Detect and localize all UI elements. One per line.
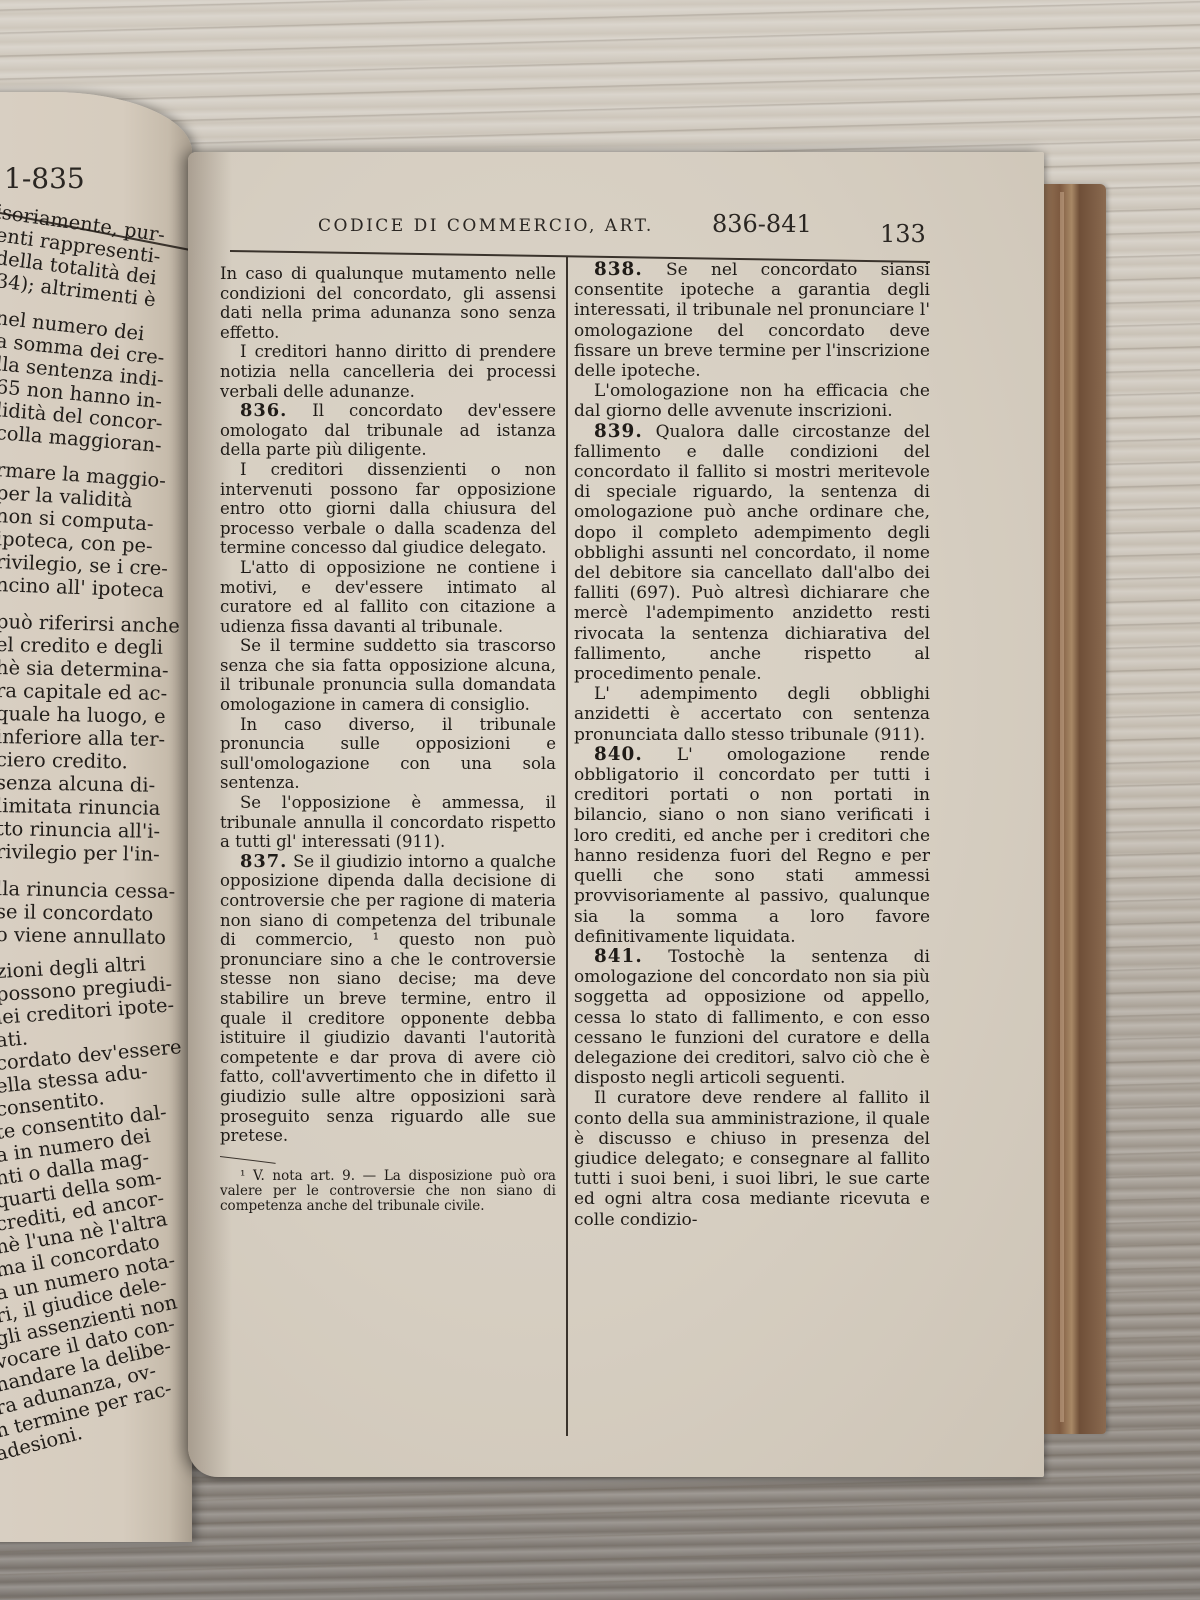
article-paragraph: 841. Tostochè la sentenza di omologazion… <box>574 947 930 1088</box>
article-paragraph: 839. Qualora dalle circostanze del falli… <box>574 422 930 685</box>
left-page: 1-835 isoriamente, pur-enti rappresenti-… <box>0 92 192 1542</box>
paragraph-text: Tostochè la sentenza di omologazione del… <box>574 947 930 1088</box>
header-article-range: 836-841 <box>712 210 812 238</box>
left-page-line: el credito e degli <box>0 633 192 659</box>
left-page-header: 1-835 <box>4 162 85 195</box>
header-title: CODICE DI COMMERCIO, ART. <box>318 216 654 236</box>
paragraph-text: Se l'opposizione è ammessa, il tribunale… <box>220 793 556 851</box>
left-page-line: senza alcuna di- <box>0 771 192 797</box>
left-page-text: isoriamente, pur-enti rappresenti-della … <box>0 200 192 1466</box>
left-page-line: se il concordato <box>0 900 192 926</box>
paragraph: In caso diverso, il tribunale pronuncia … <box>220 715 556 793</box>
article-number: 836. <box>240 400 287 421</box>
paragraph-text: L' adempimento degli obblighi anzidetti … <box>574 684 930 744</box>
article-number: 839. <box>594 421 643 442</box>
paragraph-text: L'atto di opposizione ne contiene i moti… <box>220 558 556 636</box>
paragraph-text: L'omologazione non ha efficacia che dal … <box>574 381 930 421</box>
paragraph: I creditori dissenzienti o non intervenu… <box>220 460 556 558</box>
article-number: 840. <box>594 744 643 765</box>
right-page: CODICE DI COMMERCIO, ART. 836-841 133 In… <box>188 152 1044 1477</box>
paragraph-text: Se il giudizio intorno a qualche opposiz… <box>220 852 556 1145</box>
text-column-right: 838. Se nel concordato siansi consentite… <box>574 260 930 1230</box>
paragraph-text: Qualora dalle circostanze del fallimento… <box>574 422 930 684</box>
left-page-line: limitata rinuncia <box>0 794 192 820</box>
left-page-line: ra capitale ed ac- <box>0 679 192 705</box>
paragraph: Se l'opposizione è ammessa, il tribunale… <box>220 793 556 852</box>
paragraph-text: L' omologazione rende obbligatorio il co… <box>574 745 930 947</box>
article-paragraph: 840. L' omologazione rende obbligatorio … <box>574 745 930 947</box>
left-page-line: inferiore alla ter- <box>0 725 192 751</box>
article-paragraph: 838. Se nel concordato siansi consentite… <box>574 260 930 381</box>
article-number: 841. <box>594 946 643 967</box>
paragraph-text: Il curatore deve rendere al fallito il c… <box>574 1088 930 1229</box>
paragraph: In caso di qualunque mutamento nelle con… <box>220 264 556 342</box>
paragraph: Il curatore deve rendere al fallito il c… <box>574 1088 930 1229</box>
page-number: 133 <box>880 220 926 248</box>
footnote-rule <box>220 1156 276 1164</box>
left-page-line: rivilegio per l'in- <box>0 840 192 866</box>
paragraph-text: In caso di qualunque mutamento nelle con… <box>220 264 556 342</box>
footnote: ¹ V. nota art. 9. — La disposizione può … <box>220 1169 556 1214</box>
left-page-line: quale ha luogo, e <box>0 702 192 728</box>
left-page-line: ciero credito. <box>0 748 192 774</box>
paragraph: L'omologazione non ha efficacia che dal … <box>574 381 930 421</box>
left-page-line: hè sia determina- <box>0 656 192 682</box>
column-divider <box>566 256 568 1436</box>
book-spine-edge <box>1040 184 1106 1434</box>
left-page-line: lla rinuncia cessa- <box>0 877 192 903</box>
left-page-line: tto rinuncia all'i- <box>0 817 192 843</box>
paragraph-text: In caso diverso, il tribunale pronuncia … <box>220 715 556 793</box>
paragraph: Se il termine suddetto sia trascorso sen… <box>220 636 556 714</box>
paragraph: L'atto di opposizione ne contiene i moti… <box>220 558 556 636</box>
paragraph: I creditori hanno diritto di prendere no… <box>220 342 556 401</box>
article-number: 838. <box>594 259 643 280</box>
paragraph-text: I creditori dissenzienti o non intervenu… <box>220 460 556 557</box>
article-number: 837. <box>240 851 287 872</box>
article-paragraph: 837. Se il giudizio intorno a qualche op… <box>220 852 556 1146</box>
paragraph-text: Se il termine suddetto sia trascorso sen… <box>220 636 556 714</box>
text-column-left: In caso di qualunque mutamento nelle con… <box>220 264 556 1214</box>
article-paragraph: 836. Il concordato dev'essere omologato … <box>220 401 556 460</box>
left-page-line: o viene annullato <box>0 923 192 949</box>
paragraph: L' adempimento degli obblighi anzidetti … <box>574 684 930 745</box>
paragraph-text: I creditori hanno diritto di prendere no… <box>220 342 556 400</box>
